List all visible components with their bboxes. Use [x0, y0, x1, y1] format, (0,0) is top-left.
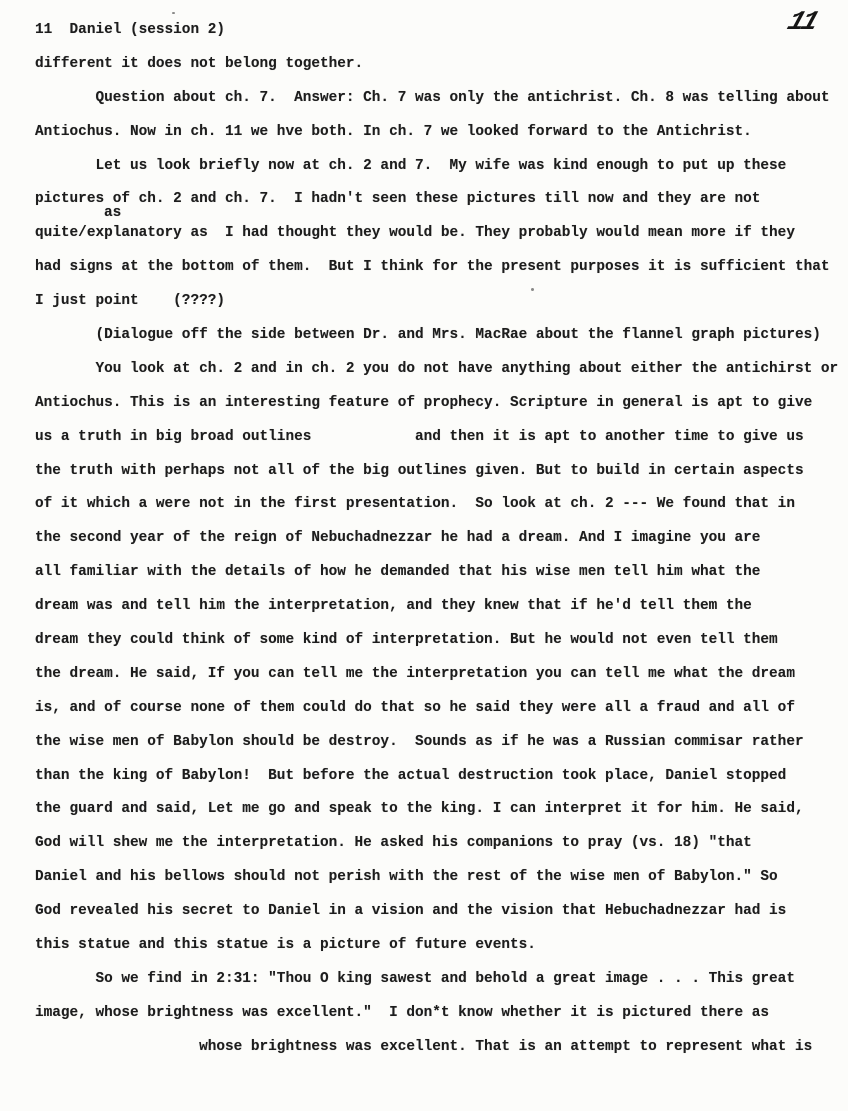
- text-line: image, whose brightness was excellent." …: [35, 997, 838, 1031]
- text-line: Let us look briefly now at ch. 2 and 7. …: [35, 150, 838, 184]
- text-line: the second year of the reign of Nebuchad…: [35, 522, 838, 556]
- text-line: this statue and this statue is a picture…: [35, 929, 838, 963]
- text-line: dream they could think of some kind of i…: [35, 624, 838, 658]
- text-line: the wise men of Babylon should be destro…: [35, 726, 838, 760]
- text-line: than the king of Babylon! But before the…: [35, 760, 838, 794]
- typed-header: 11 Daniel (session 2): [35, 14, 838, 48]
- text-line: Question about ch. 7. Answer: Ch. 7 was …: [35, 82, 838, 116]
- text-line: Antiochus. Now in ch. 11 we hve both. In…: [35, 116, 838, 150]
- text-line: God will shew me the interpretation. He …: [35, 827, 838, 861]
- text-line: the guard and said, Let me go and speak …: [35, 793, 838, 827]
- text-line: whose brightness was excellent. That is …: [35, 1031, 838, 1065]
- text-line: You look at ch. 2 and in ch. 2 you do no…: [35, 353, 838, 387]
- document-page: 11 as 11 Daniel (session 2) different it…: [0, 0, 848, 1111]
- document-body: different it does not belong together. Q…: [35, 48, 838, 1065]
- text-line: Daniel and his bellows should not perish…: [35, 861, 838, 895]
- text-line: us a truth in big broad outlines and the…: [35, 421, 838, 455]
- text-line: dream was and tell him the interpretatio…: [35, 590, 838, 624]
- text-line: (Dialogue off the side between Dr. and M…: [35, 319, 838, 353]
- document-text-block: 11 Daniel (session 2) different it does …: [35, 14, 838, 1065]
- text-line: Antiochus. This is an interesting featur…: [35, 387, 838, 421]
- text-line: quite/explanatory as I had thought they …: [35, 217, 838, 251]
- text-line: I just point (????): [35, 285, 838, 319]
- text-line: had signs at the bottom of them. But I t…: [35, 251, 838, 285]
- text-line: is, and of course none of them could do …: [35, 692, 838, 726]
- text-line: So we find in 2:31: "Thou O king sawest …: [35, 963, 838, 997]
- text-line: pictures of ch. 2 and ch. 7. I hadn't se…: [35, 183, 838, 217]
- text-line: different it does not belong together.: [35, 48, 838, 82]
- text-line: the dream. He said, If you can tell me t…: [35, 658, 838, 692]
- text-line: of it which a were not in the first pres…: [35, 488, 838, 522]
- text-line: God revealed his secret to Daniel in a v…: [35, 895, 838, 929]
- text-line: the truth with perhaps not all of the bi…: [35, 455, 838, 489]
- text-line: all familiar with the details of how he …: [35, 556, 838, 590]
